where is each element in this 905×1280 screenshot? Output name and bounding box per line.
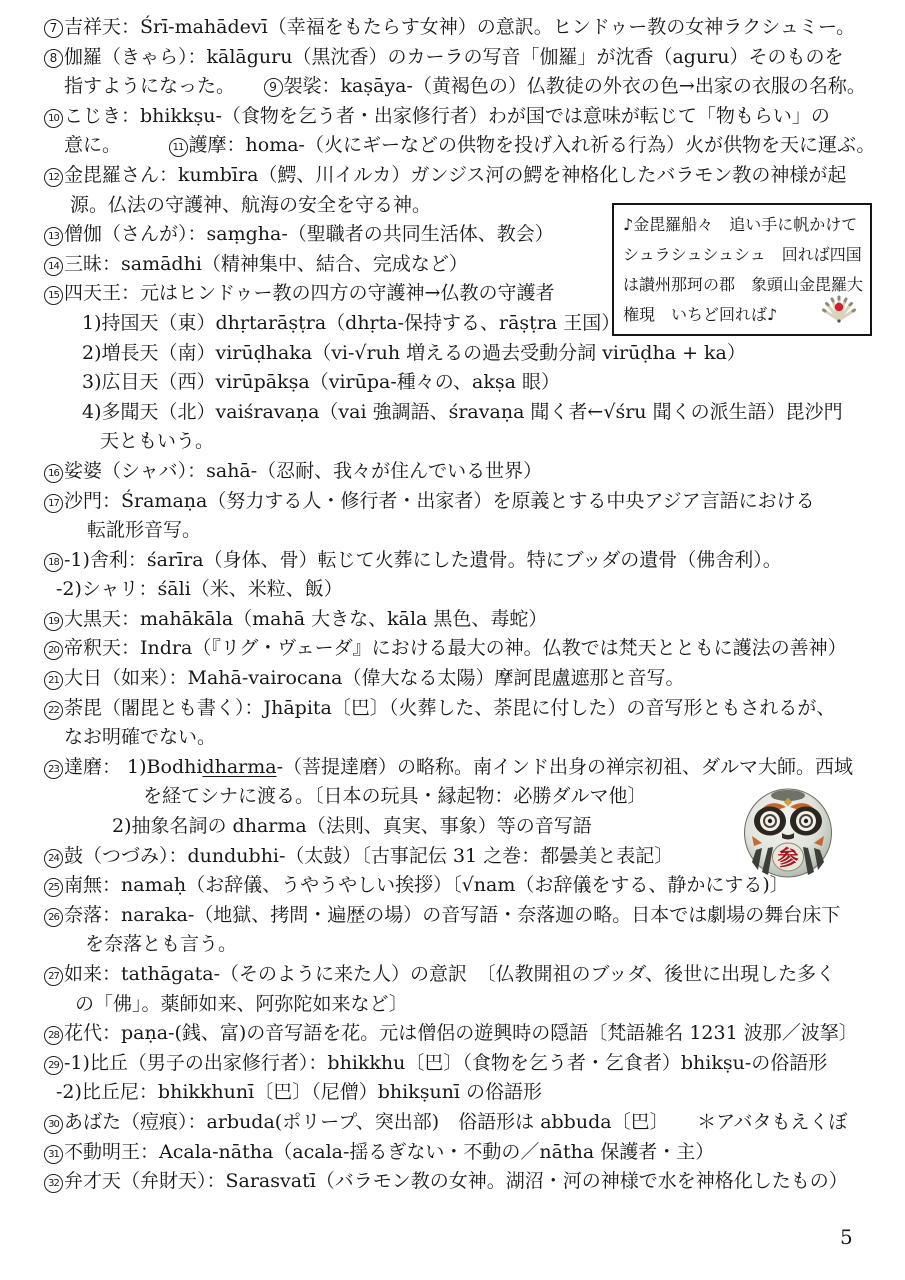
text-segment: dharma [202, 756, 276, 778]
circled-number: 18 [44, 553, 63, 572]
circled-number: 20 [44, 641, 63, 660]
text-segment: -2)シャリ：śāli（米、米粒、飯） [56, 578, 343, 600]
text-line: を奈落とも言う。 [85, 930, 905, 960]
circled-number: 19 [44, 612, 63, 631]
text-line: 26奈落：naraka-（地獄、拷問・遍歴の場）の音写語・奈落迦の略。日本では劇… [44, 901, 905, 931]
text-line: 32弁才天（弁財天）：Sarasvatī（バラモン教の女神。湖沼・河の神様で水を… [44, 1167, 905, 1197]
text-line: 8伽羅（きゃら）：kālāguru（黒沈香）のカーラの写音「伽羅」が沈香（agu… [44, 43, 905, 73]
text-segment: 4)多聞天（北）vaiśravaṇa（vai 強調語、śravaṇa 聞く者←√… [82, 401, 843, 423]
document-body: 7吉祥天：Śrī-mahādevī（幸福をもたらす女神）の意訳。ヒンドゥー教の女… [0, 13, 905, 1197]
text-segment: 大日（如来）：Mahā-vairocana（偉大なる太陽）摩訶毘盧遮那と音写。 [64, 667, 684, 689]
text-segment: -1)比丘（男子の出家修行者）：bhikkhu〔巴〕（食物を乞う者・乞食者）bh… [64, 1052, 827, 1074]
text-segment: 三昧：samādhi（精神集中、結合、完成など） [64, 253, 468, 275]
circled-number: 32 [44, 1174, 63, 1193]
document-page: 7吉祥天：Śrī-mahādevī（幸福をもたらす女神）の意訳。ヒンドゥー教の女… [0, 0, 905, 1280]
text-line: 意に。 11護摩：homa-（火にギーなどの供物を投げ入れ祈る行為）火が供物を天… [64, 131, 905, 161]
text-line: 20帝釈天：Indra（『リグ・ヴェーダ』における最大の神。仏教では梵天とともに… [44, 634, 905, 664]
text-segment: 花代：paṇa-(銭、富)の音写語を花。元は僧侶の遊興時の隠語〔梵語雑名 123… [64, 1022, 858, 1044]
text-line: 29-1)比丘（男子の出家修行者）：bhikkhu〔巴〕（食物を乞う者・乞食者）… [44, 1049, 905, 1079]
text-segment: 鼓（つづみ）：dundubhi-（太鼓）〔古事記伝 31 之巻：都曇美と表記〕 [64, 845, 673, 867]
text-segment: 四天王：元はヒンドゥー教の四方の守護神→仏教の守護者 [64, 282, 554, 304]
text-segment: 如来：tathāgata-（そのように来た人）の意訳 〔仏教開祖のブッダ、後世に… [64, 963, 835, 985]
text-line: の「佛」。薬師如来、阿弥陀如来など〕 [75, 990, 905, 1020]
text-segment: 源。仏法の守護神、航海の安全を守る神。 [70, 194, 431, 216]
circled-number: 24 [44, 849, 63, 868]
text-line: 16娑婆（シャバ）：sahā-（忍耐、我々が住んでいる世界） [44, 457, 905, 487]
circled-number: 29 [44, 1056, 63, 1075]
text-segment: -（菩提達磨）の略称。南インド出身の禅宗初祖、ダルマ大師。西域 [277, 756, 853, 778]
text-line: 19大黒天：mahākāla（mahā 大きな、kāla 黒色、毒蛇） [44, 605, 905, 635]
circled-number: 13 [44, 227, 63, 246]
konpira-song-box: ♪金毘羅船々 追い手に帆かけてシュラシュシュシュ 回れば四国は讃州那珂の郡 象頭… [612, 203, 872, 336]
circled-number: 10 [44, 109, 63, 128]
text-segment: 2)抽象名詞の dharma（法則、真実、事象）等の音写語 [112, 815, 592, 837]
text-line: 22荼毘（闍毘とも書く）：Jhāpita〔巴〕（火葬した、荼毘に付した）の音写形… [44, 694, 905, 724]
circled-number: 14 [44, 257, 63, 276]
daruma-belly-character: 参 [778, 845, 799, 870]
text-line: 天ともいう。 [100, 427, 905, 457]
text-segment: 3)広目天（西）virūpākṣa（virūpa-種々の、akṣa 眼） [82, 371, 560, 393]
text-segment: を経てシナに渡る。〔日本の玩具・縁起物：必勝ダルマ他〕 [143, 785, 647, 807]
text-line: 28花代：paṇa-(銭、富)の音写語を花。元は僧侶の遊興時の隠語〔梵語雑名 1… [44, 1019, 905, 1049]
text-segment: 2)増長天（南）virūḍhaka（vi-√ruh 増えるの過去受動分詞 vir… [82, 342, 746, 364]
circled-number: 28 [44, 1026, 63, 1045]
circled-number: 12 [44, 168, 63, 187]
text-line: 23達磨： 1)Bodhidharma-（菩提達磨）の略称。南インド出身の禅宗初… [44, 753, 905, 783]
folding-fan-icon [822, 295, 856, 329]
text-line: 4)多聞天（北）vaiśravaṇa（vai 強調語、śravaṇa 聞く者←√… [82, 398, 905, 428]
text-segment: を奈落とも言う。 [85, 933, 237, 955]
text-segment: 伽羅（きゃら）：kālāguru（黒沈香）のカーラの写音「伽羅」が沈香（agur… [64, 46, 844, 68]
text-line: 10こじき：bhikkṣu-（食物を乞う者・出家修行者）わが国では意味が転じて「… [44, 102, 905, 132]
text-line: -2)シャリ：śāli（米、米粒、飯） [56, 575, 905, 605]
text-segment: -1)舎利：śarīra（身体、骨）転じて火葬にした遺骨。特にブッダの遺骨（佛舎… [64, 549, 782, 571]
text-line: 3)広目天（西）virūpākṣa（virūpa-種々の、akṣa 眼） [82, 368, 905, 398]
text-segment: 帝釈天：Indra（『リグ・ヴェーダ』における最大の神。仏教では梵天とともに護法… [64, 637, 847, 659]
text-segment: 1)持国天（東）dhṛtarāṣṭra（dhṛta-保持する、rāṣṭra 王国… [82, 312, 620, 334]
text-line: 17沙門：Śramaṇa（努力する人・修行者・出家者）を原義とする中央アジア言語… [44, 487, 905, 517]
text-segment: -2)比丘尼：bhikkhunī〔巴〕（尼僧）bhikṣunī の俗語形 [56, 1081, 542, 1103]
text-line: 18-1)舎利：śarīra（身体、骨）転じて火葬にした遺骨。特にブッダの遺骨（… [44, 546, 905, 576]
circled-number: 30 [44, 1115, 63, 1134]
text-segment: の「佛」。薬師如来、阿弥陀如来など〕 [75, 993, 408, 1015]
text-line: 転訛形音写。 [87, 516, 905, 546]
circled-number: 9 [264, 78, 283, 97]
text-segment: なお明確でない。 [64, 726, 216, 748]
text-segment: 大黒天：mahākāla（mahā 大きな、kāla 黒色、毒蛇） [64, 608, 547, 630]
text-line: 27如来：tathāgata-（そのように来た人）の意訳 〔仏教開祖のブッダ、後… [44, 960, 905, 990]
daruma-doll-image: 参 [742, 788, 834, 882]
text-line: 21大日（如来）：Mahā-vairocana（偉大なる太陽）摩訶毘盧遮那と音写… [44, 664, 905, 694]
page-number: 5 [840, 1224, 853, 1250]
text-line: 7吉祥天：Śrī-mahādevī（幸福をもたらす女神）の意訳。ヒンドゥー教の女… [44, 13, 905, 43]
text-segment: 金毘羅さん：kumbīra（鰐、川イルカ）ガンジス河の鰐を神格化したバラモン教の… [64, 164, 846, 186]
text-segment: 弁才天（弁財天）：Sarasvatī（バラモン教の女神。湖沼・河の神様で水を神格… [64, 1170, 848, 1192]
circled-number: 22 [44, 701, 63, 720]
circled-number: 15 [44, 286, 63, 305]
circled-number: 8 [44, 49, 63, 68]
text-segment: 荼毘（闍毘とも書く）：Jhāpita〔巴〕（火葬した、荼毘に付した）の音写形とも… [64, 697, 835, 719]
text-segment: 僧伽（さんが）：saṃgha-（聖職者の共同生活体、教会） [64, 223, 554, 245]
text-segment: 不動明王：Acala-nātha（acala-揺るぎない・不動の／nātha 保… [64, 1141, 714, 1163]
text-segment: 指すようになった。 [64, 75, 264, 97]
text-segment: 意に。 [64, 134, 169, 156]
text-segment: 護摩：homa-（火にギーなどの供物を投げ入れ祈る行為）火が供物を天に運ぶ。 [189, 134, 876, 156]
text-line: 12金毘羅さん：kumbīra（鰐、川イルカ）ガンジス河の鰐を神格化したバラモン… [44, 161, 905, 191]
circled-number: 25 [44, 878, 63, 897]
text-line: 31不動明王：Acala-nātha（acala-揺るぎない・不動の／nātha… [44, 1138, 905, 1168]
circled-number: 23 [44, 760, 63, 779]
circled-number: 17 [44, 494, 63, 513]
text-segment: 転訛形音写。 [87, 519, 201, 541]
song-line: シュラシュシュシュ 回れば四国 [623, 240, 861, 270]
text-segment: 奈落：naraka-（地獄、拷問・遍歴の場）の音写語・奈落迦の略。日本では劇場の… [64, 904, 840, 926]
text-segment: 達磨： 1)Bodhi [64, 756, 202, 778]
text-segment: 袈裟：kaṣāya-（黄褐色の）仏教徒の外衣の色→出家の衣服の名称。 [284, 75, 866, 97]
text-segment: こじき：bhikkṣu-（食物を乞う者・出家修行者）わが国では意味が転じて「物も… [64, 105, 830, 127]
text-line: 指すようになった。 9袈裟：kaṣāya-（黄褐色の）仏教徒の外衣の色→出家の衣… [64, 72, 905, 102]
text-line: 30あばた（痘痕）：arbuda(ポリープ、突出部) 俗語形は abbuda〔巴… [44, 1108, 905, 1138]
text-line: なお明確でない。 [64, 723, 905, 753]
text-segment: 吉祥天：Śrī-mahādevī（幸福をもたらす女神）の意訳。ヒンドゥー教の女神… [64, 16, 855, 38]
text-segment: あばた（痘痕）：arbuda(ポリープ、突出部) 俗語形は abbuda〔巴〕 … [64, 1111, 848, 1133]
text-line: 2)増長天（南）virūḍhaka（vi-√ruh 増えるの過去受動分詞 vir… [82, 339, 905, 369]
folding-fan-icon [822, 295, 856, 325]
text-segment: 南無：namaḥ（お辞儀、うやうやしい挨拶）〔√nam（お辞儀をする、静かにする… [64, 874, 789, 896]
text-segment: 天ともいう。 [100, 430, 214, 452]
text-line: -2)比丘尼：bhikkhunī〔巴〕（尼僧）bhikṣunī の俗語形 [56, 1078, 905, 1108]
circled-number: 31 [44, 1145, 63, 1164]
circled-number: 21 [44, 671, 63, 690]
circled-number: 7 [44, 19, 63, 38]
song-line: ♪金毘羅船々 追い手に帆かけて [623, 210, 861, 240]
circled-number: 26 [44, 908, 63, 927]
circled-number: 16 [44, 464, 63, 483]
text-segment: 沙門：Śramaṇa（努力する人・修行者・出家者）を原義とする中央アジア言語にお… [64, 490, 815, 512]
daruma-doll-image: 参 [742, 788, 834, 878]
circled-number: 11 [169, 138, 188, 157]
text-segment: 娑婆（シャバ）：sahā-（忍耐、我々が住んでいる世界） [64, 460, 542, 482]
circled-number: 27 [44, 967, 63, 986]
